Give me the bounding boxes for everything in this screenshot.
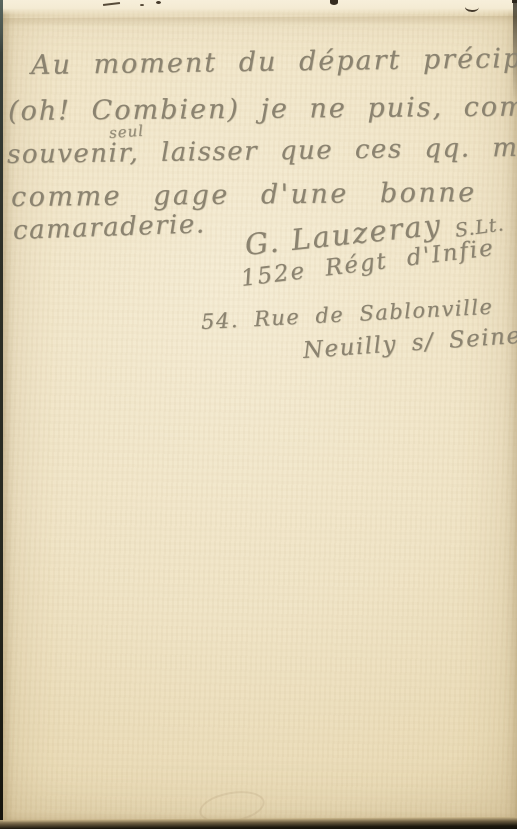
signature-city: Neuilly s/ Seine (302, 323, 517, 364)
notebook-page: Au moment du départ précipité, (oh! Comb… (3, 0, 517, 822)
handwritten-line-1: Au moment du départ précipité, (31, 42, 517, 81)
handwritten-line-2: (oh! Combien) je ne puis, comme (8, 91, 517, 127)
handwritten-line-3: souvenir, laisser que ces qq. mots (7, 132, 517, 170)
page-top-crease (3, 16, 517, 27)
scanned-page: Au moment du départ précipité, (oh! Comb… (0, 0, 517, 829)
ink-speck (140, 4, 144, 6)
ink-speck (330, 0, 338, 5)
ink-speck (156, 1, 161, 4)
page-top-edge (3, 0, 517, 15)
handwritten-line-5: camaraderie. (12, 209, 206, 246)
handwritten-line-4: comme gage d'une bonne (11, 177, 477, 213)
page-bottom-shadow (0, 817, 517, 829)
